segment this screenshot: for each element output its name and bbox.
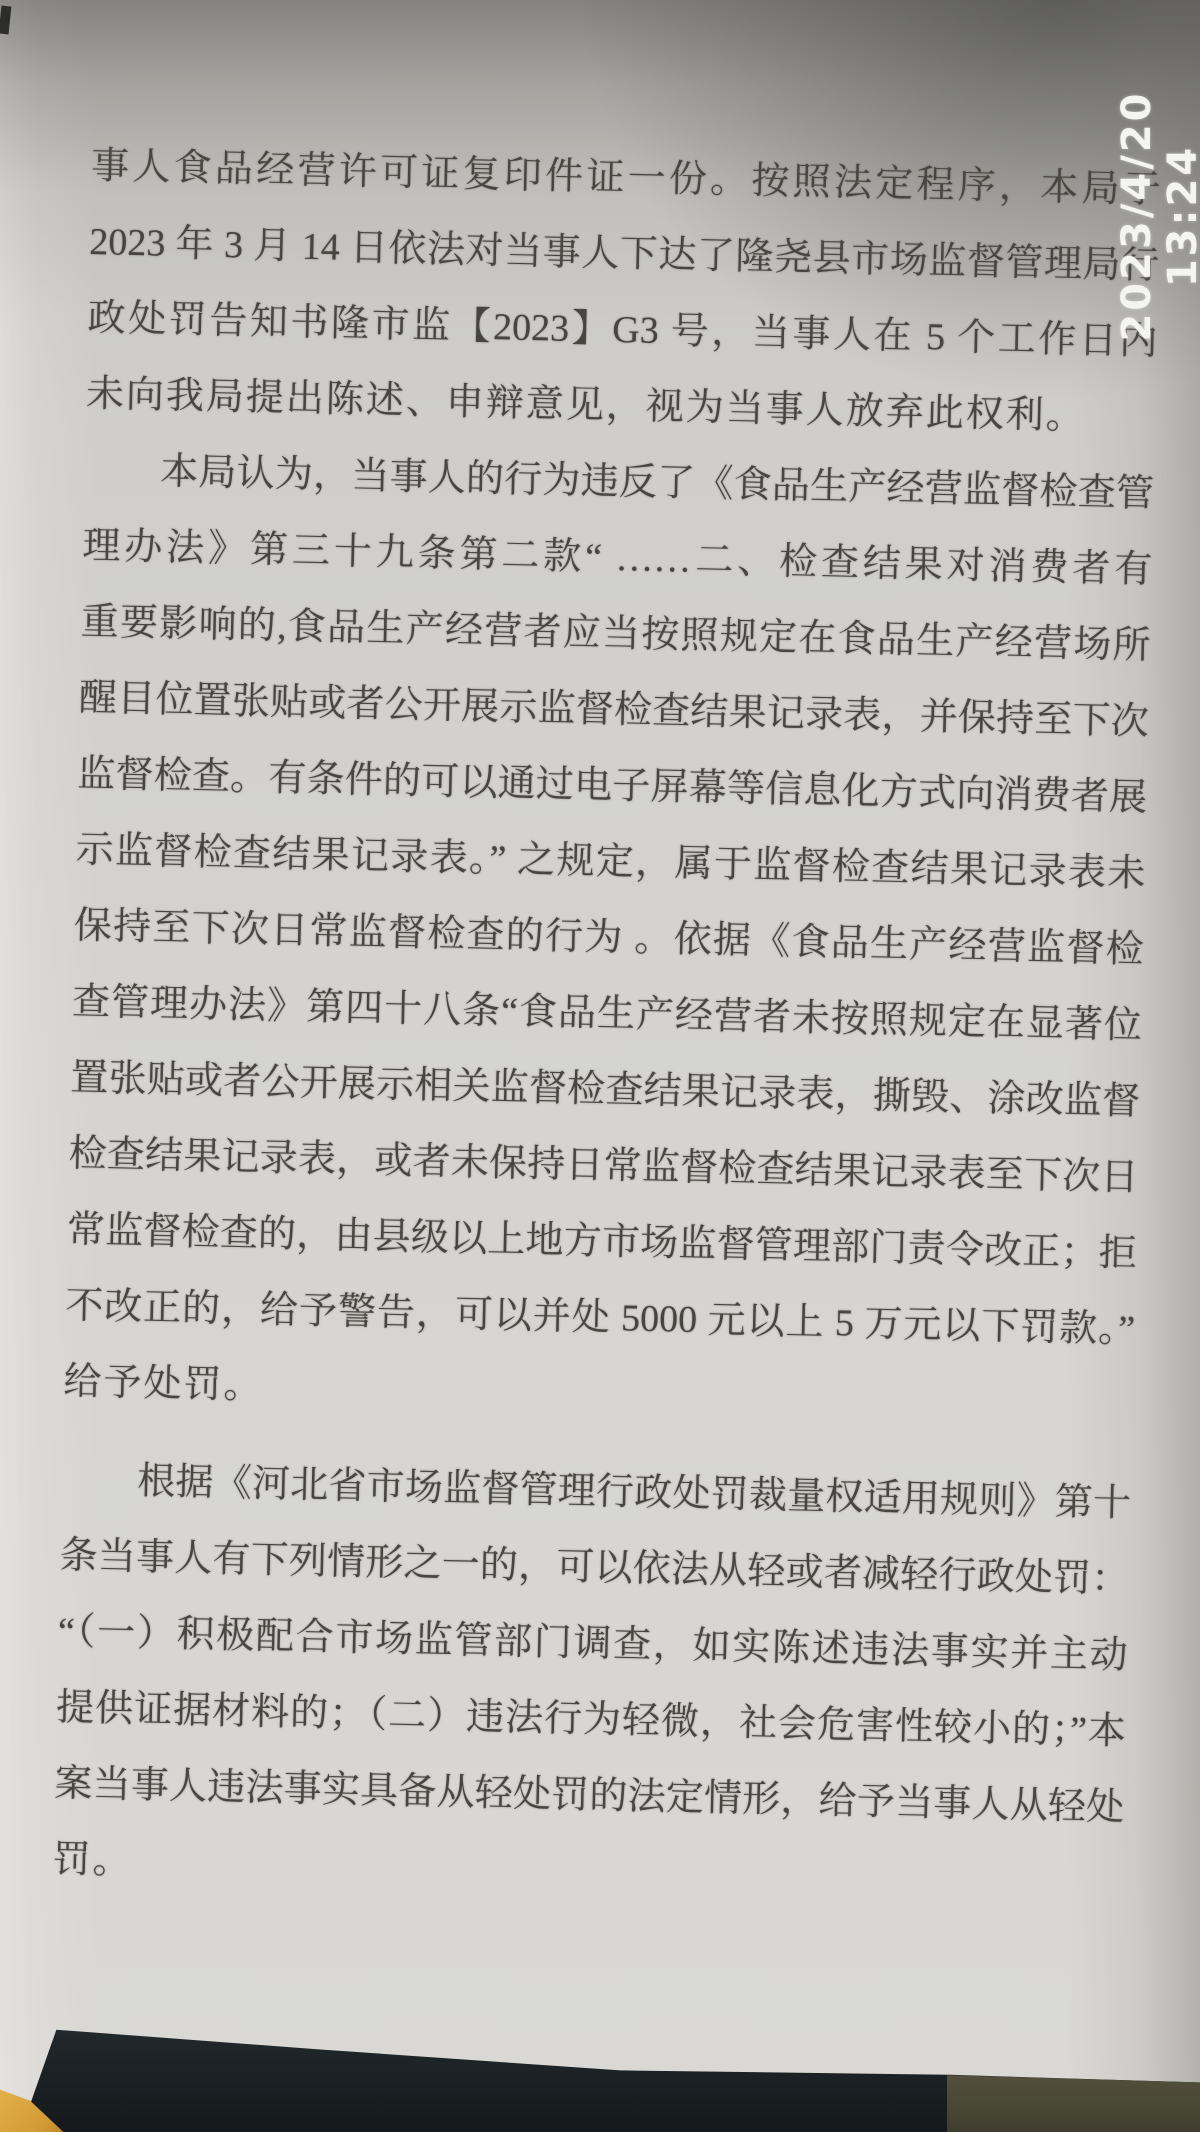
frame-corner-mark bbox=[0, 6, 11, 35]
camera-timestamp: 2023/4/20 13:24 bbox=[1114, 36, 1162, 396]
document-body: 事人食品经营许可证复印件证一份。按照法定程序，本局于 2023 年 3 月 14… bbox=[52, 128, 1162, 1922]
document-photo: 事人食品经营许可证复印件证一份。按照法定程序，本局于 2023 年 3 月 14… bbox=[0, 0, 1200, 2132]
desk-edge-olive bbox=[947, 2060, 1200, 2132]
